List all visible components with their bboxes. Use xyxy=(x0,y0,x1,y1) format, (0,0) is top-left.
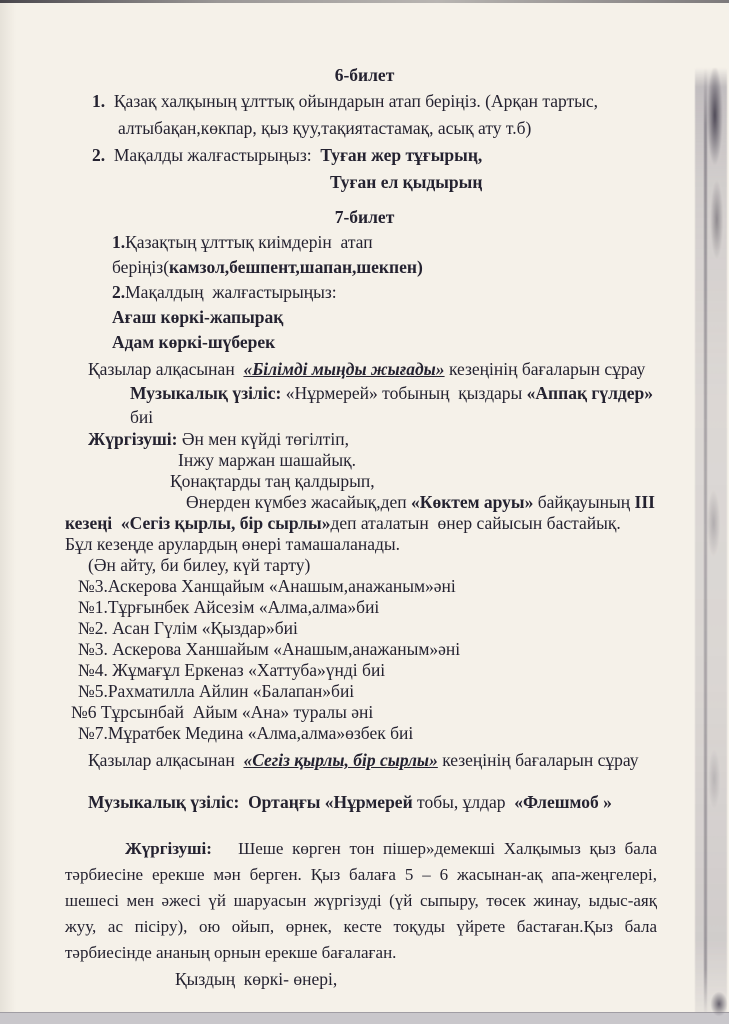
text-segment: Қазылар алқасынан xyxy=(88,750,243,770)
emphasized-text-segment: 2. xyxy=(112,282,125,302)
text-segment: Қазақтың ұлттық киімдерін атап xyxy=(125,232,372,252)
host-paragraph-line-3: шешесі мен әжесі үй шаруасын жүргізуді (… xyxy=(65,888,657,914)
closing-line: Қыздың көркі- өнері, xyxy=(175,966,729,992)
performer-item: №3.Аскерова Ханщайым «Анашым,анажаным»ән… xyxy=(78,576,729,597)
scan-artifact-right-streak xyxy=(695,68,727,1016)
musical-break-1-line-1: Музыкалық үзіліс: «Нұрмерей» тобының қыз… xyxy=(130,381,729,405)
text-segment: тәрбиесінде ананың орнын ерекше бағалаға… xyxy=(65,943,396,962)
text-segment: Қазылар алқасынан xyxy=(88,359,243,379)
text-segment: шешесі мен әжесі үй шаруасын жүргізуді (… xyxy=(65,891,657,910)
heading-ticket-6: 6-билет xyxy=(0,62,729,88)
ticket7-question-2: 2.Мақалдың жалғастырыңыз: xyxy=(112,280,729,305)
emphasized-text-segment: «Сегіз қырлы, бір сырлы» xyxy=(243,750,437,770)
emphasized-text-segment: 7-билет xyxy=(335,207,395,227)
host-paragraph-line-4: жуу, ас пісіру), ою ойып, өрнек, кесте т… xyxy=(65,914,657,940)
text-segment: №1.Тұрғынбек Айсезім «Алма,алма»биі xyxy=(78,597,379,617)
text-segment: Қонақтарды таң қалдырып, xyxy=(170,471,375,491)
text-segment: №3.Аскерова Ханщайым «Анашым,анажаным»ән… xyxy=(78,576,456,596)
emphasized-text-segment: Туған ел қыдырың xyxy=(330,172,482,192)
text-segment: №4. Жұмағұл Еркеназ «Хаттуба»үнді биі xyxy=(78,660,385,680)
performer-item: №6 Тұрсынбай Айым «Ана» туралы әні xyxy=(71,702,729,723)
text-segment: байқауының xyxy=(533,492,634,512)
text-segment: Ән мен күйді төгілтіп, xyxy=(177,429,349,449)
ticket6-question-1-line-2: алтыбақан,көкпар, қыз қуу,тақиятастамақ,… xyxy=(118,115,729,142)
document-text: 6-билет1. Қазақ халқының ұлттық ойындары… xyxy=(0,0,729,992)
text-segment: Шеше көрген тон пішер»демекші Халқымыз қ… xyxy=(212,839,657,858)
host-paragraph-line-5: тәрбиесінде ананың орнын ерекше бағалаға… xyxy=(65,940,657,966)
emphasized-text-segment: Ағаш көркі-жапырақ xyxy=(112,307,283,327)
ticket7-question-1-line-2: беріңіз(камзол,бешпент,шапан,шекпен) xyxy=(112,255,729,280)
host-verse-line-1: Жүргізуші: Ән мен күйді төгілтіп, xyxy=(88,429,729,450)
heading-ticket-7: 7-билет xyxy=(0,204,729,230)
emphasized-text-segment: камзол,бешпент,шапан,шекпен) xyxy=(169,257,423,277)
musical-break-2: Музыкалық үзіліс: Ортаңғы «Нұрмерей тобы… xyxy=(88,790,729,814)
emphasized-text-segment: 1. xyxy=(92,91,105,111)
host-verse-line-5: кезеңі «Сегіз қырлы, бір сырлы»деп атала… xyxy=(65,513,729,534)
scan-artifact-top-edge xyxy=(0,0,729,3)
musical-break-1-line-2: биі xyxy=(130,405,729,429)
emphasized-text-segment: III xyxy=(635,492,655,512)
text-segment: №7.Мұратбек Медина «Алма,алма»өзбек биі xyxy=(78,723,413,743)
text-segment: Өнерден күмбез жасайық,деп xyxy=(186,492,411,512)
text-segment: алтыбақан,көкпар, қыз қуу,тақиятастамақ,… xyxy=(118,118,531,138)
ticket6-question-2: 2. Мақалды жалғастырыңыз: Туған жер тұғы… xyxy=(92,142,729,169)
performer-item: №2. Асан Гүлім «Қыздар»биі xyxy=(78,618,729,639)
performer-item: №4. Жұмағұл Еркеназ «Хаттуба»үнді биі xyxy=(78,660,729,681)
jury-request-2: Қазылар алқасынан «Сегіз қырлы, бір сырл… xyxy=(88,748,729,772)
ticket7-proverb-line-2: Адам көркі-шүберек xyxy=(112,330,729,355)
emphasized-text-segment: кезеңі «Сегіз қырлы, бір сырлы» xyxy=(65,513,330,533)
emphasized-text-segment: 6-билет xyxy=(335,65,395,85)
ticket6-proverb-continuation: Туған ел қыдырың xyxy=(330,169,729,196)
host-verse-line-3: Қонақтарды таң қалдырып, xyxy=(170,471,729,492)
text-segment: биі xyxy=(130,407,153,427)
text-segment: Қыздың көркі- өнері, xyxy=(175,969,337,989)
performer-item: №3. Аскерова Ханшайым «Анашым,анажаным»ә… xyxy=(78,639,729,660)
emphasized-text-segment: Туған жер тұғырың, xyxy=(320,145,482,165)
emphasized-text-segment: Музыкалық үзіліс: xyxy=(130,383,281,403)
text-segment: Бұл кезеңде арулардың өнері тамашаланады… xyxy=(65,534,400,554)
text-segment: жуу, ас пісіру), ою ойып, өрнек, кесте т… xyxy=(65,917,657,936)
text-segment: Мақалды жалғастырыңыз: xyxy=(105,145,320,165)
ticket7-question-1-line-1: 1.Қазақтың ұлттық киімдерін атап xyxy=(112,230,729,255)
host-verse-line-2: Інжу маржан шашайық. xyxy=(178,450,729,471)
host-verse-line-6: Бұл кезеңде арулардың өнері тамашаланады… xyxy=(65,534,729,555)
text-segment: №3. Аскерова Ханшайым «Анашым,анажаным»ә… xyxy=(78,639,460,659)
host-verse-line-4: Өнерден күмбез жасайық,деп «Көктем аруы»… xyxy=(186,492,729,513)
scanned-page: { "page": { "kind": "scanned-document", … xyxy=(0,0,729,1024)
host-paragraph-line-2: тәрбиесіне ерекше мән берген. Қыз балаға… xyxy=(65,862,657,888)
performance-note: (Ән айту, би билеу, күй тарту) xyxy=(88,555,729,576)
emphasized-text-segment: Жүргізуші: xyxy=(88,429,177,449)
scan-artifact-bottom-band xyxy=(0,1012,729,1024)
emphasized-text-segment: 1. xyxy=(112,232,125,252)
text-segment: №5.Рахматилла Айлин «Балапан»биі xyxy=(78,681,354,701)
emphasized-text-segment: Музыкалық үзіліс: Ортаңғы «Нұрмерей xyxy=(88,792,413,812)
ticket7-proverb-line-1: Ағаш көркі-жапырақ xyxy=(112,305,729,330)
performer-item: №1.Тұрғынбек Айсезім «Алма,алма»биі xyxy=(78,597,729,618)
text-segment: «Нұрмерей» тобының қыздары xyxy=(281,383,526,403)
emphasized-text-segment: «Білімді мыңды жығады» xyxy=(243,359,444,379)
text-segment: (Ән айту, би билеу, күй тарту) xyxy=(88,555,310,575)
ticket6-question-1-line-1: 1. Қазақ халқының ұлттық ойындарын атап … xyxy=(92,88,729,115)
text-segment: Мақалдың жалғастырыңыз: xyxy=(125,282,337,302)
text-segment: тобы, ұлдар xyxy=(413,792,515,812)
emphasized-text-segment: «Көктем аруы» xyxy=(411,492,533,512)
text-segment: Інжу маржан шашайық. xyxy=(178,450,356,470)
emphasized-text-segment: 2. xyxy=(92,145,105,165)
emphasized-text-segment: «Аппақ гүлдер» xyxy=(527,383,653,403)
text-segment: беріңіз( xyxy=(112,257,169,277)
performer-item: №5.Рахматилла Айлин «Балапан»биі xyxy=(78,681,729,702)
text-segment: деп аталатын өнер сайысын бастайық. xyxy=(330,513,620,533)
host-paragraph-line-1: Жүргізуші: Шеше көрген тон пішер»демекші… xyxy=(65,836,657,862)
text-segment: №6 Тұрсынбай Айым «Ана» туралы әні xyxy=(71,702,373,722)
text-segment: Қазақ халқының ұлттық ойындарын атап бер… xyxy=(105,91,598,111)
jury-request-1: Қазылар алқасынан «Білімді мыңды жығады»… xyxy=(88,357,729,381)
text-segment: кезеңінің бағаларын сұрау xyxy=(445,359,646,379)
emphasized-text-segment: Жүргізуші: xyxy=(125,839,212,858)
performer-item: №7.Мұратбек Медина «Алма,алма»өзбек биі xyxy=(78,723,729,744)
emphasized-text-segment: Адам көркі-шүберек xyxy=(112,332,275,352)
scan-artifact-corner-smudge xyxy=(710,991,728,1017)
emphasized-text-segment: «Флешмоб » xyxy=(514,792,612,812)
text-segment: кезеңінің бағаларын сұрау xyxy=(438,750,639,770)
text-segment: тәрбиесіне ерекше мән берген. Қыз балаға… xyxy=(65,865,657,884)
text-segment: №2. Асан Гүлім «Қыздар»биі xyxy=(78,618,298,638)
